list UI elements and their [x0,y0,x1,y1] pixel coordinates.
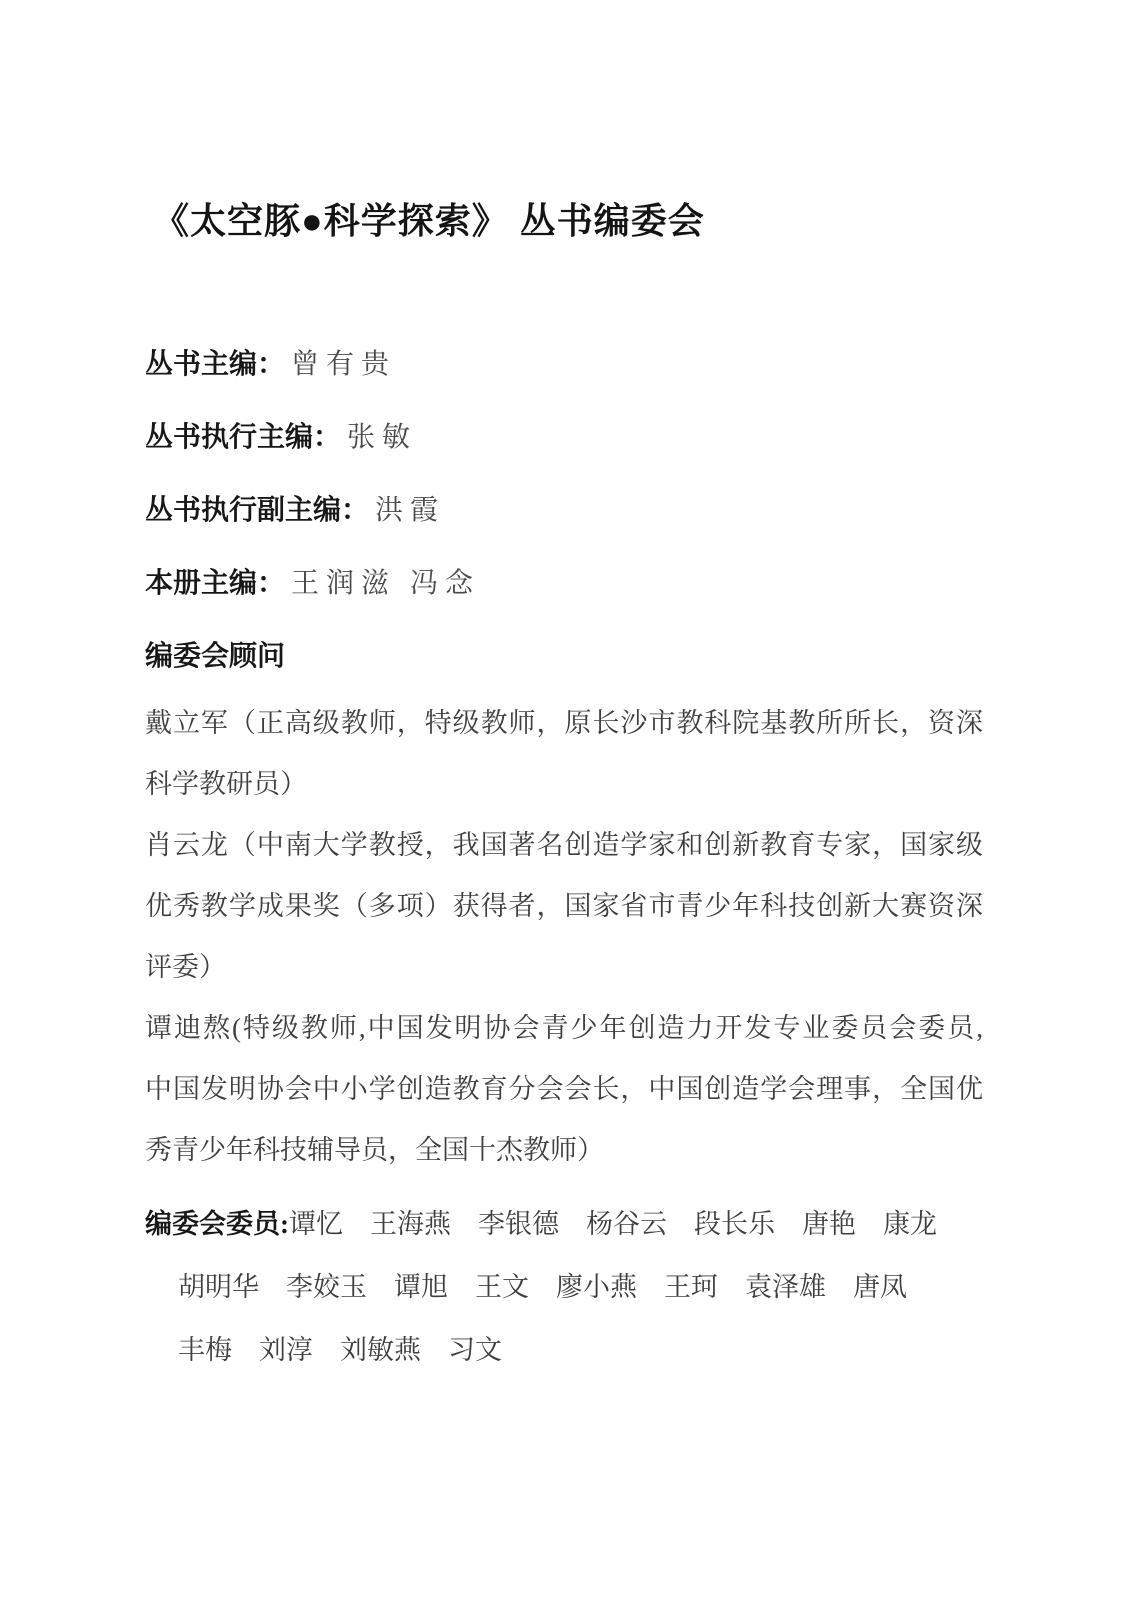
advisor-line: 肖云龙（中南大学教授，我国著名创造学家和创新教育专家，国家级 [145,815,983,876]
series-deputy-executive-editor-label: 丛书执行副主编： [145,495,369,526]
series-chief-editor-label: 丛书主编： [145,349,285,380]
series-executive-editor-line: 丛书执行主编：张敏 [145,415,983,460]
committee-members-line: 丰梅 刘淳 刘敏燕 习文 [145,1319,983,1382]
committee-members-section: 编委会委员:谭忆 王海燕 李银德 杨谷云 段长乐 唐艳 康龙 胡明华 李姣玉 谭… [145,1193,983,1382]
committee-members-names: 胡明华 李姣玉 谭旭 王文 廖小燕 王珂 袁泽雄 唐凤 [178,1272,907,1302]
advisor-line: 科学教研员） [145,754,983,815]
advisors-heading: 编委会顾问 [145,634,983,679]
advisor-line: 评委） [145,937,983,998]
advisor-line: 优秀教学成果奖（多项）获得者，国家省市青少年科技创新大赛资深 [145,876,983,937]
volume-chief-editor-line: 本册主编：王润滋 冯念 [145,561,983,606]
series-executive-editor-name: 张敏 [347,422,417,453]
committee-members-label: 编委会委员: [145,1209,289,1239]
advisor-line: 秀青少年科技辅导员，全国十杰教师） [145,1120,983,1181]
committee-members-line: 胡明华 李姣玉 谭旭 王文 廖小燕 王珂 袁泽雄 唐凤 [145,1256,983,1319]
volume-chief-editor-names: 王润滋 冯念 [291,568,480,599]
committee-members-names: 丰梅 刘淳 刘敏燕 习文 [178,1335,502,1365]
series-chief-editor-name: 曾有贵 [291,349,396,380]
volume-chief-editor-label: 本册主编： [145,568,285,599]
page-title: 《太空豚●科学探索》 丛书编委会 [153,198,983,244]
committee-members-names: 谭忆 王海燕 李银德 杨谷云 段长乐 唐艳 康龙 [289,1209,937,1239]
committee-members-line: 编委会委员:谭忆 王海燕 李银德 杨谷云 段长乐 唐艳 康龙 [145,1193,983,1256]
series-chief-editor-line: 丛书主编：曾有贵 [145,342,983,387]
series-deputy-executive-editor-name: 洪霞 [375,495,445,526]
advisor-line: 戴立军（正高级教师，特级教师，原长沙市教科院基教所所长，资深 [145,693,983,754]
advisor-line: 谭迪熬(特级教师,中国发明协会青少年创造力开发专业委员会委员, [145,998,983,1059]
series-deputy-executive-editor-line: 丛书执行副主编：洪霞 [145,488,983,533]
series-executive-editor-label: 丛书执行主编： [145,422,341,453]
advisor-line: 中国发明协会中小学创造教育分会会长，中国创造学会理事，全国优 [145,1059,983,1120]
document-page: 《太空豚●科学探索》 丛书编委会 丛书主编：曾有贵 丛书执行主编：张敏 丛书执行… [145,198,983,1382]
